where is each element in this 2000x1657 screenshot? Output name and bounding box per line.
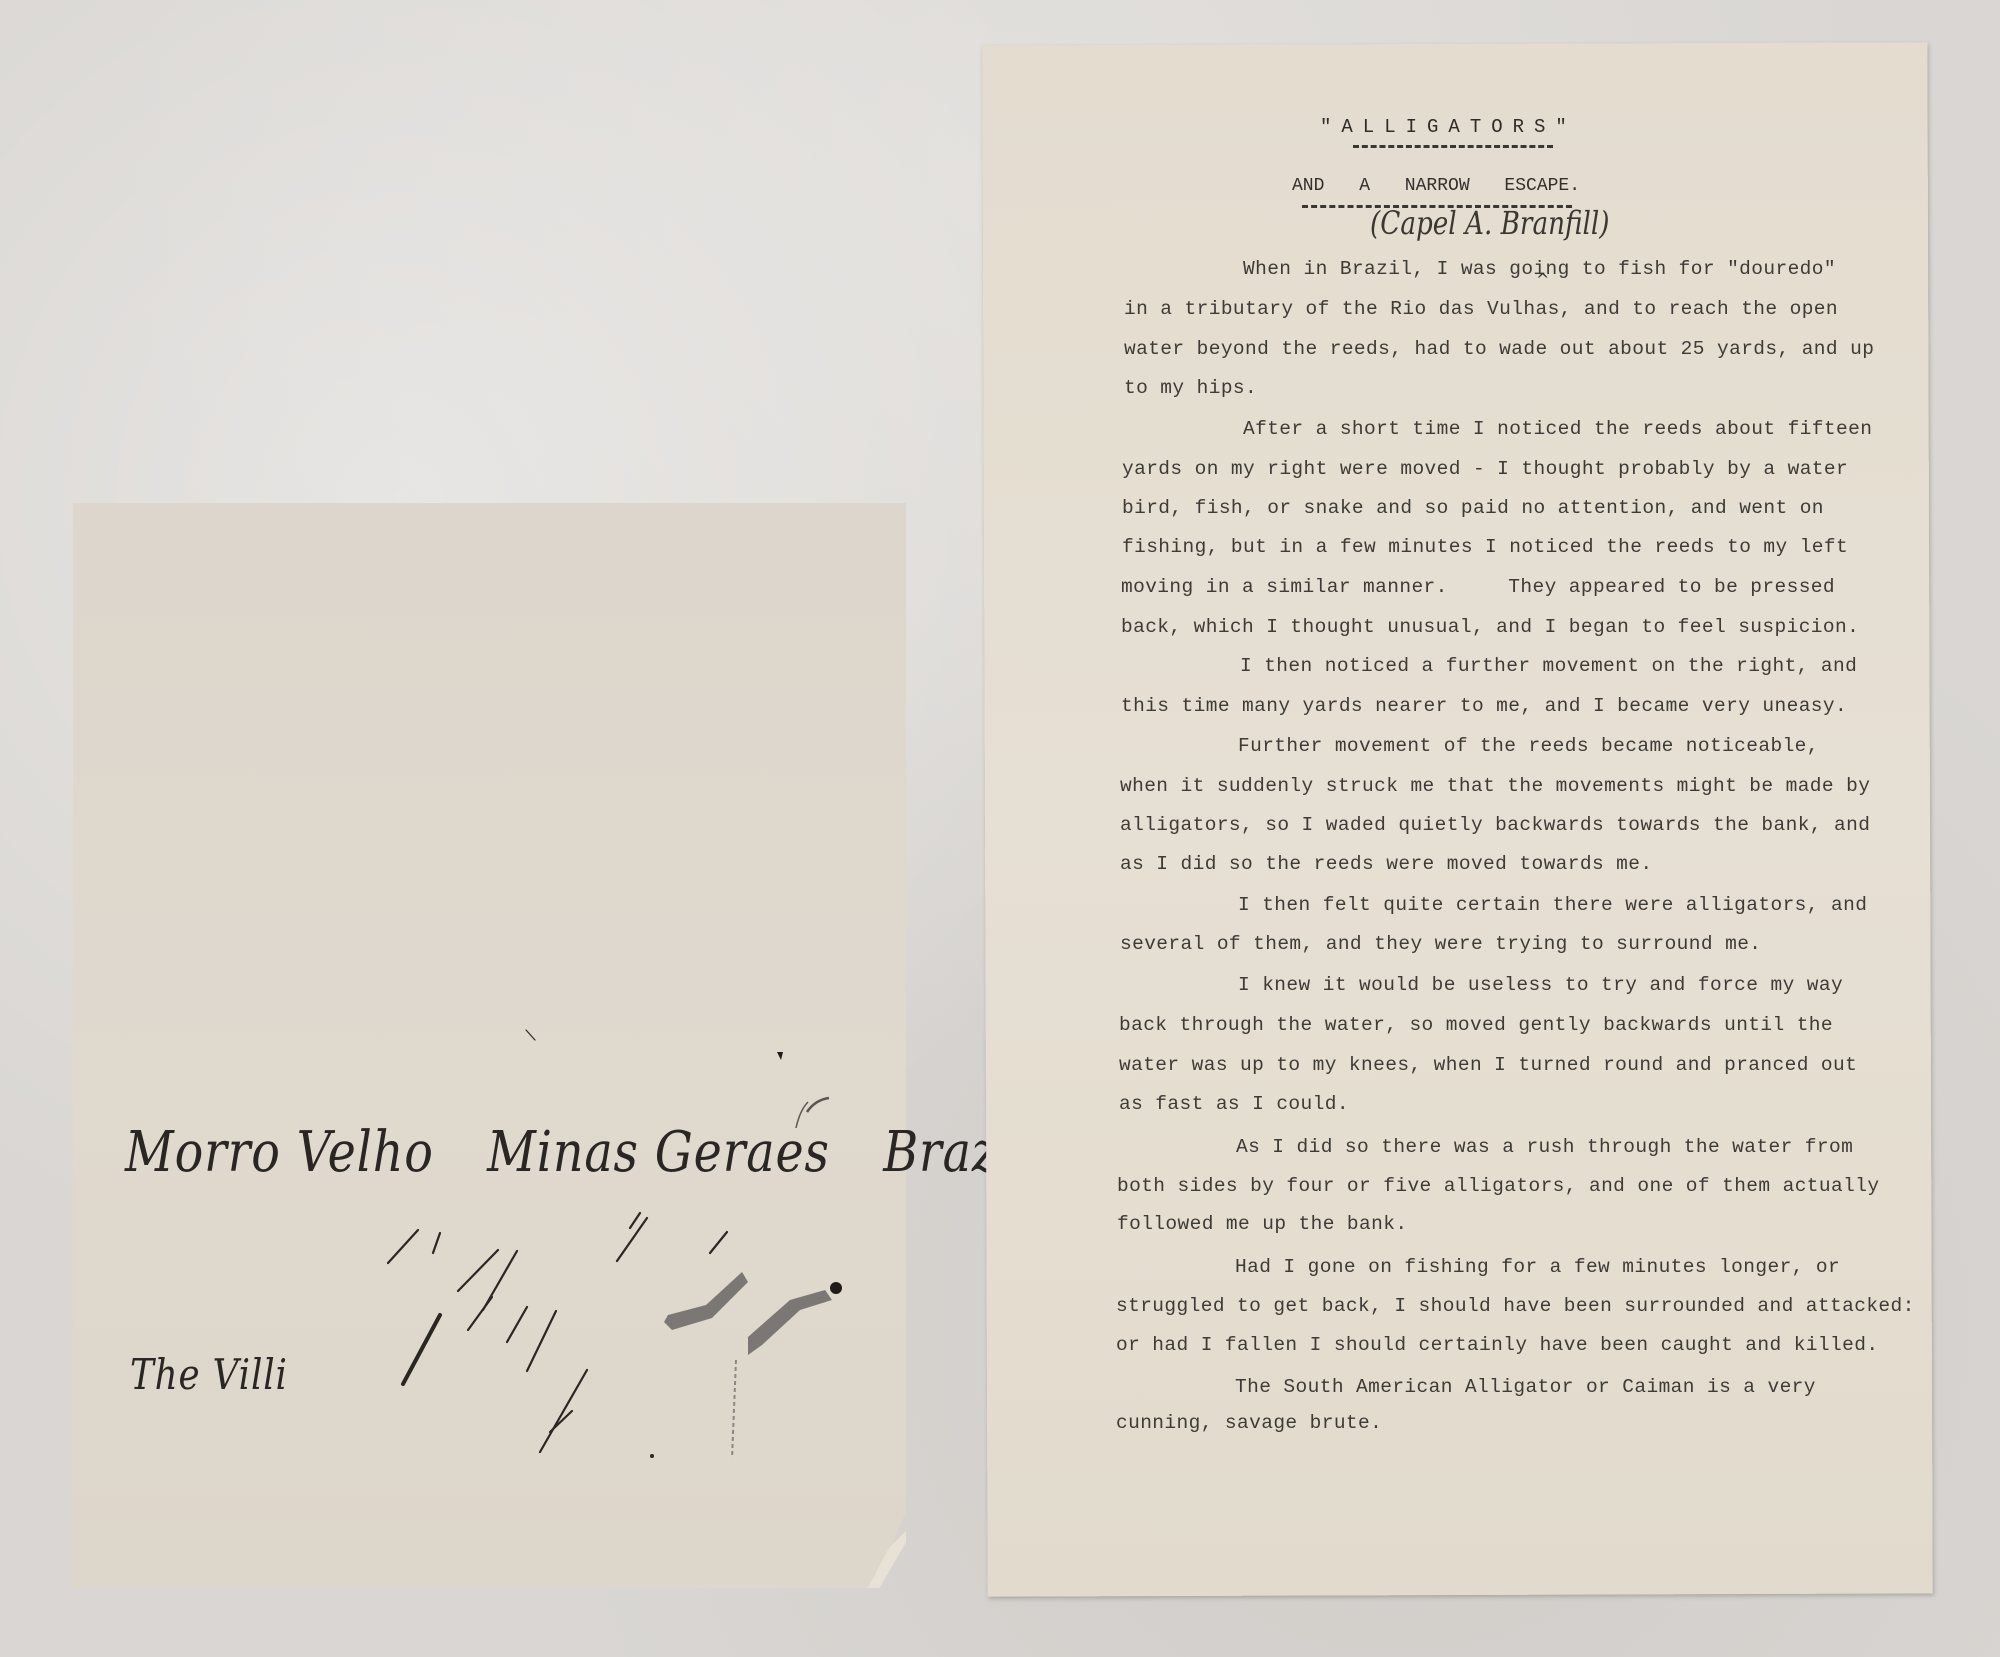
- typed-line: water beyond the reeds, had to wade out …: [1124, 338, 1874, 360]
- typed-line: I then felt quite certain there were all…: [1238, 894, 1867, 916]
- typed-line: cunning, savage brute.: [1116, 1412, 1382, 1434]
- typed-line: The South American Alligator or Caiman i…: [1235, 1376, 1816, 1398]
- typed-line: alligators, so I waded quietly backwards…: [1120, 814, 1870, 836]
- title-underline: [1353, 145, 1553, 148]
- typed-line: Had I gone on fishing for a few minutes …: [1235, 1256, 1840, 1278]
- typed-line: this time many yards nearer to me, and I…: [1121, 695, 1847, 717]
- typed-line: followed me up the bank.: [1117, 1213, 1407, 1235]
- document-subtitle: AND A NARROW ESCAPE.: [1292, 176, 1580, 196]
- typed-line: water was up to my knees, when I turned …: [1119, 1054, 1857, 1076]
- typed-line: bird, fish, or snake and so paid no atte…: [1122, 497, 1824, 519]
- document-title: "ALLIGATORS": [1320, 116, 1577, 138]
- typed-line: both sides by four or five alligators, a…: [1117, 1175, 1879, 1197]
- typed-line: struggled to get back, I should have bee…: [1116, 1295, 1915, 1317]
- typed-line: in a tributary of the Rio das Vulhas, an…: [1124, 298, 1838, 320]
- typed-line: When in Brazil, I was going to fish for …: [1243, 258, 1836, 280]
- typed-line: several of them, and they were trying to…: [1120, 933, 1761, 955]
- typed-line: as I did so the reeds were moved towards…: [1120, 853, 1652, 875]
- typed-line: or had I fallen I should certainly have …: [1116, 1334, 1878, 1356]
- typed-line: I knew it would be useless to try and fo…: [1238, 974, 1843, 996]
- typed-line: when it suddenly struck me that the move…: [1120, 775, 1870, 797]
- typed-line: As I did so there was a rush through the…: [1236, 1136, 1853, 1158]
- typed-line: back, which I thought unusual, and I beg…: [1121, 616, 1859, 638]
- typed-line: back through the water, so moved gently …: [1119, 1014, 1833, 1036]
- typed-line: After a short time I noticed the reeds a…: [1243, 418, 1872, 440]
- typed-line: to my hips.: [1124, 377, 1257, 399]
- typed-line: I then noticed a further movement on the…: [1240, 655, 1857, 677]
- typed-line: Further movement of the reeds became not…: [1238, 735, 1819, 757]
- typed-line: moving in a similar manner. They appeare…: [1121, 576, 1835, 598]
- typed-line: as fast as I could.: [1119, 1093, 1349, 1115]
- typed-line: yards on my right were moved - I thought…: [1122, 458, 1848, 480]
- handwritten-author-annotation: (Capel A. Branfill): [1370, 204, 1610, 242]
- typed-line: fishing, but in a few minutes I noticed …: [1122, 536, 1848, 558]
